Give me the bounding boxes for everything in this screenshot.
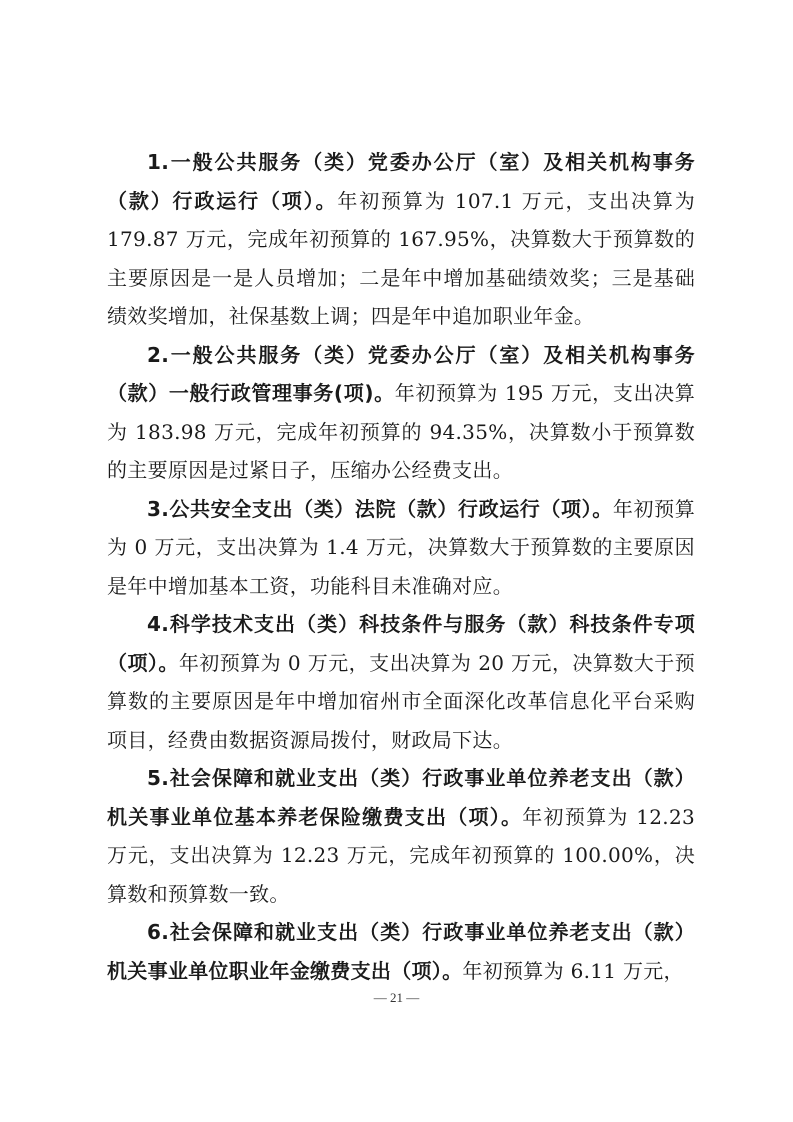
page-number: — 21 — xyxy=(0,990,793,1006)
paragraph-heading: 3.公共安全支出（类）法院（款）行政运行（项）。 xyxy=(147,497,613,521)
paragraph-text: 年初预算为 6.11 万元， xyxy=(462,959,683,983)
document-body: 1.一般公共服务（类）党委办公厅（室）及相关机构事务（款）行政运行（项）。年初预… xyxy=(107,143,695,990)
paragraph-6: 6.社会保障和就业支出（类）行政事业单位养老支出（款）机关事业单位职业年金缴费支… xyxy=(107,913,695,990)
paragraph-2: 2.一般公共服务（类）党委办公厅（室）及相关机构事务（款）一般行政管理事务(项)… xyxy=(107,336,695,490)
paragraph-5: 5.社会保障和就业支出（类）行政事业单位养老支出（款）机关事业单位基本养老保险缴… xyxy=(107,759,695,913)
paragraph-4: 4.科学技术支出（类）科技条件与服务（款）科技条件专项（项）。年初预算为 0 万… xyxy=(107,605,695,759)
paragraph-3: 3.公共安全支出（类）法院（款）行政运行（项）。年初预算为 0 万元，支出决算为… xyxy=(107,490,695,606)
paragraph-1: 1.一般公共服务（类）党委办公厅（室）及相关机构事务（款）行政运行（项）。年初预… xyxy=(107,143,695,336)
paragraph-text: 年初预算为 0 万元，支出决算为 20 万元，决算数大于预算数的主要原因是年中增… xyxy=(107,651,695,752)
